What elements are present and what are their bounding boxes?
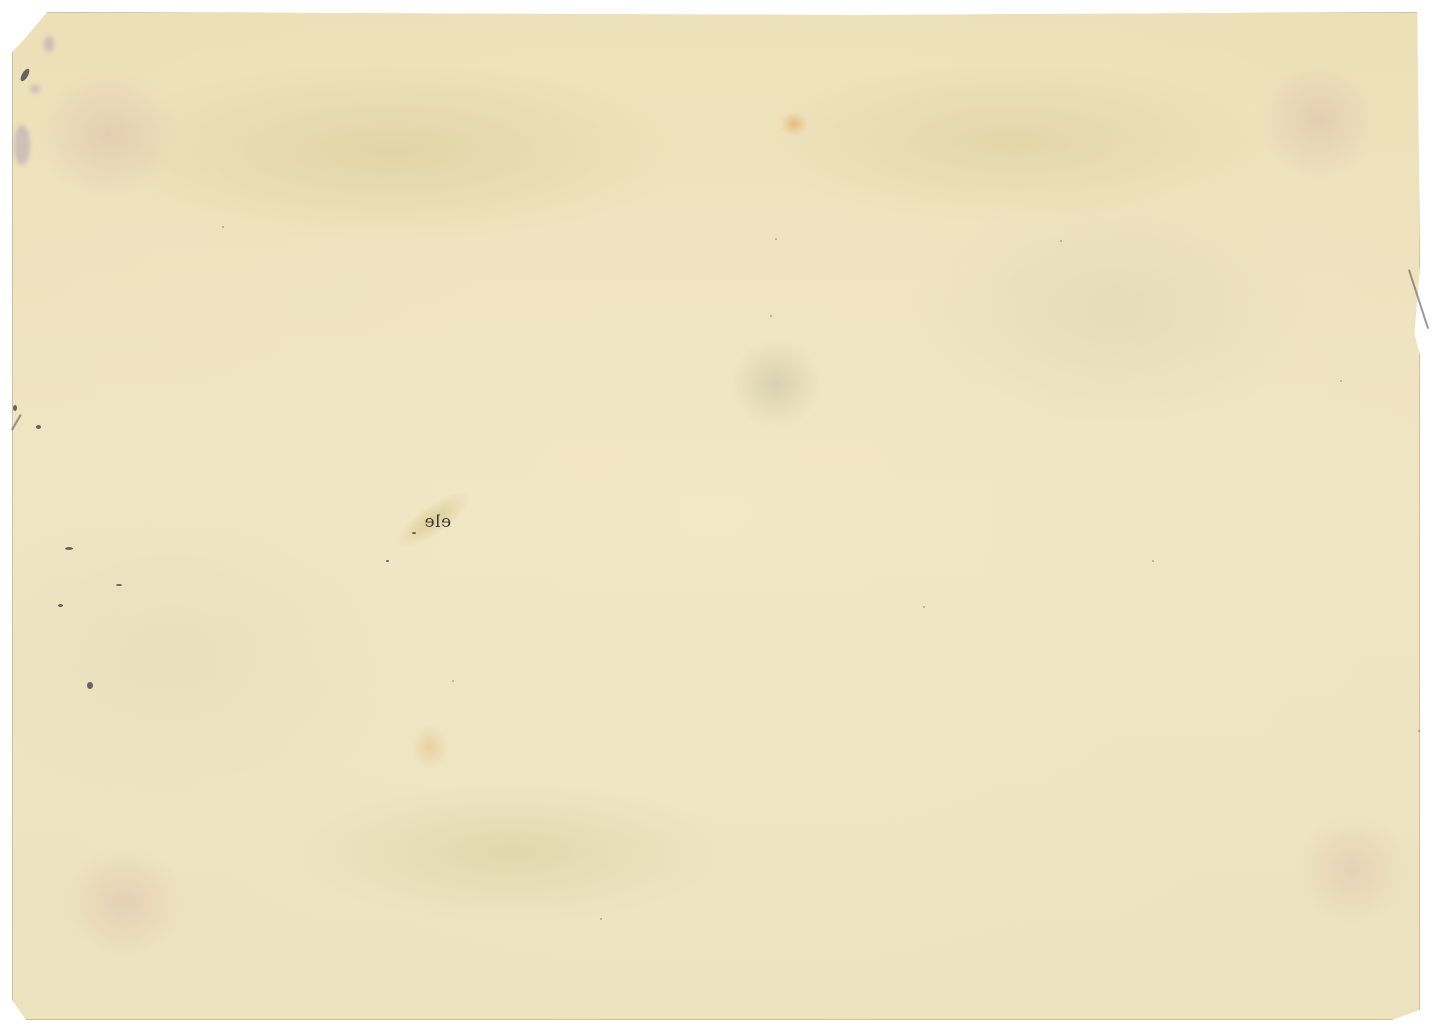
ink-speck (412, 532, 416, 534)
paper-fiber (600, 918, 602, 920)
scanned-paper-scene: ele (0, 0, 1452, 1029)
paper-fiber (452, 680, 454, 682)
paper-fiber (1418, 730, 1420, 732)
purple-stain (30, 85, 40, 93)
purple-stain (14, 125, 30, 165)
purple-stain (44, 36, 54, 52)
ink-speck (58, 604, 63, 607)
ink-speck (87, 682, 93, 689)
mirrored-text-fragment: ele (424, 512, 451, 532)
paper-fiber (770, 315, 772, 317)
paper-fiber (222, 226, 224, 228)
ink-speck (36, 425, 41, 429)
ink-speck (13, 405, 17, 411)
paper-fiber (775, 238, 777, 240)
ink-speck (65, 547, 73, 550)
aged-paper-sheet (12, 12, 1420, 1020)
ink-speck (116, 584, 122, 586)
paper-fiber (1152, 560, 1154, 562)
ink-speck (386, 560, 389, 562)
paper-fiber (1340, 380, 1342, 382)
paper-fiber (923, 606, 925, 608)
paper-fiber (1060, 240, 1062, 242)
